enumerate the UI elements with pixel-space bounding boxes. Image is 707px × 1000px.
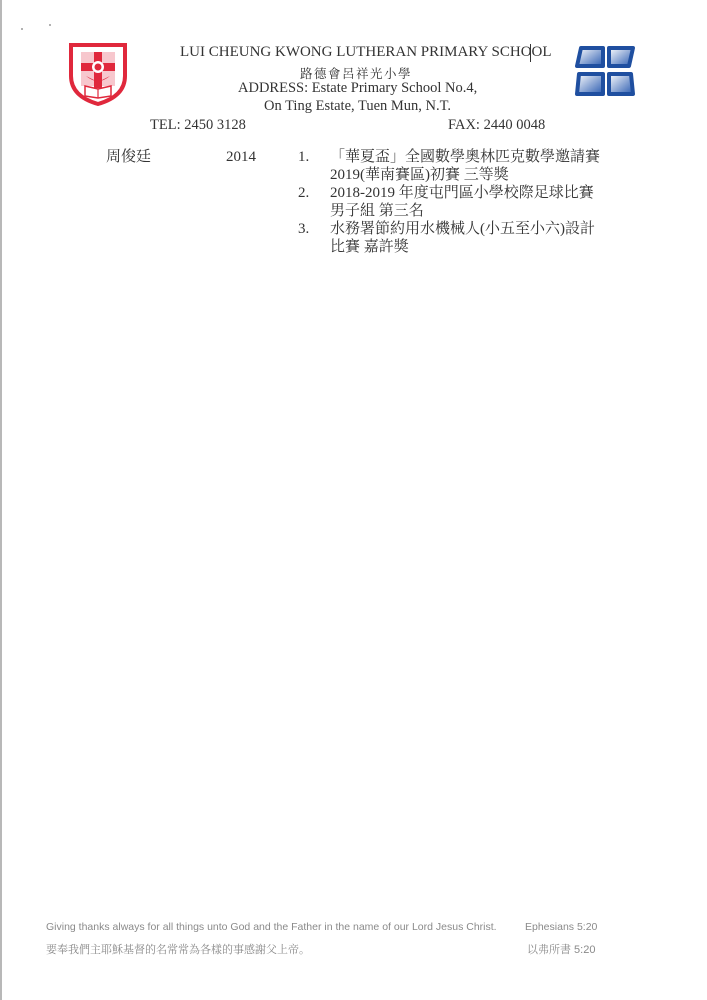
fax-number: FAX: 2440 0048 — [448, 117, 545, 134]
lutheran-emblem-icon — [573, 44, 637, 98]
award-line: 男子組 第三名 — [330, 202, 424, 221]
scan-speck — [21, 28, 23, 30]
award-number: 2. — [298, 184, 309, 203]
footer-verse-zh: 要奉我們主耶穌基督的名常常為各樣的事感謝父上帝。 — [46, 941, 310, 957]
scan-speck — [49, 24, 51, 26]
school-name-en: LUI CHEUNG KWONG LUTHERAN PRIMARY SCHOOL — [180, 44, 552, 61]
document-page: LUI CHEUNG KWONG LUTHERAN PRIMARY SCHOOL… — [0, 0, 707, 1000]
award-line: 「華夏盃」全國數學奧林匹克數學邀請賽 — [330, 148, 600, 167]
school-crest-icon — [68, 42, 128, 106]
footer-ref-en: Ephesians 5:20 — [525, 921, 597, 933]
scan-edge — [0, 0, 2, 1000]
student-name: 周俊廷 — [106, 148, 151, 167]
award-number: 1. — [298, 148, 309, 167]
award-number: 3. — [298, 220, 309, 239]
address-line-2: On Ting Estate, Tuen Mun, N.T. — [264, 98, 451, 115]
footer-verse-en: Giving thanks always for all things unto… — [46, 921, 497, 933]
text-cursor — [530, 44, 531, 62]
award-line: 水務署節約用水機械人(小五至小六)設計 — [330, 220, 595, 239]
award-year: 2014 — [226, 148, 256, 167]
address-line-1: ADDRESS: Estate Primary School No.4, — [238, 80, 477, 97]
award-line: 2019(華南賽區)初賽 三等獎 — [330, 166, 509, 185]
footer-ref-zh: 以弗所書 5:20 — [527, 941, 595, 957]
award-line: 比賽 嘉許獎 — [330, 238, 409, 257]
tel-number: TEL: 2450 3128 — [150, 117, 246, 134]
award-line: 2018-2019 年度屯門區小學校際足球比賽 — [330, 184, 594, 203]
